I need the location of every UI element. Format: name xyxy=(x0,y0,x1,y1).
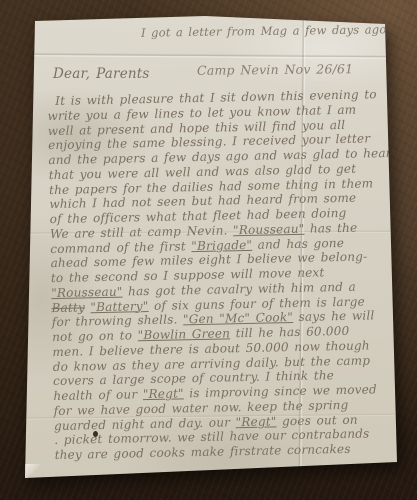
letter-text-segment: "Brigade" xyxy=(191,237,252,252)
letter-text-segment: says he will xyxy=(293,309,375,325)
letter-text-segment: till he has 60.000 xyxy=(230,324,350,340)
letter-text-segment: goes out on xyxy=(276,412,358,428)
letter-paper: I got a letter from Mag a few days ago D… xyxy=(0,0,417,500)
letter-text-segment: "Regt" xyxy=(235,414,276,429)
letter-body: It is with pleasure that I sit down this… xyxy=(47,87,395,463)
letter-text-segment: has the xyxy=(304,220,357,235)
photo-of-letter: I got a letter from Mag a few days ago D… xyxy=(0,0,417,500)
letter-text-segment: health of our xyxy=(53,387,143,403)
top-annotation: I got a letter from Mag a few days ago xyxy=(141,22,387,39)
letter-text-segment: Batty xyxy=(51,300,85,315)
letter-text-segment: "Battery" xyxy=(90,299,148,314)
corner-fold xyxy=(25,464,40,478)
fold-crease-top xyxy=(32,53,388,59)
letter-text-segment: "Gen "Mc" Cook" xyxy=(183,310,293,326)
salutation: Dear, Parents xyxy=(53,66,150,82)
letter-text-segment: and has gone xyxy=(252,235,344,251)
dateline: Camp Nevin Nov 26/61 xyxy=(197,61,353,78)
letter-text-segment: "Regt" xyxy=(143,386,184,401)
letter-text-segment: "Rousseau" xyxy=(51,284,123,299)
letter-text-segment: "Bowlin Green xyxy=(138,326,231,342)
letter-text-segment: not go on to xyxy=(52,328,138,344)
letter-paper-wrap: I got a letter from Mag a few days ago D… xyxy=(0,0,417,500)
letter-text-segment: "Rousseau" xyxy=(233,222,305,237)
